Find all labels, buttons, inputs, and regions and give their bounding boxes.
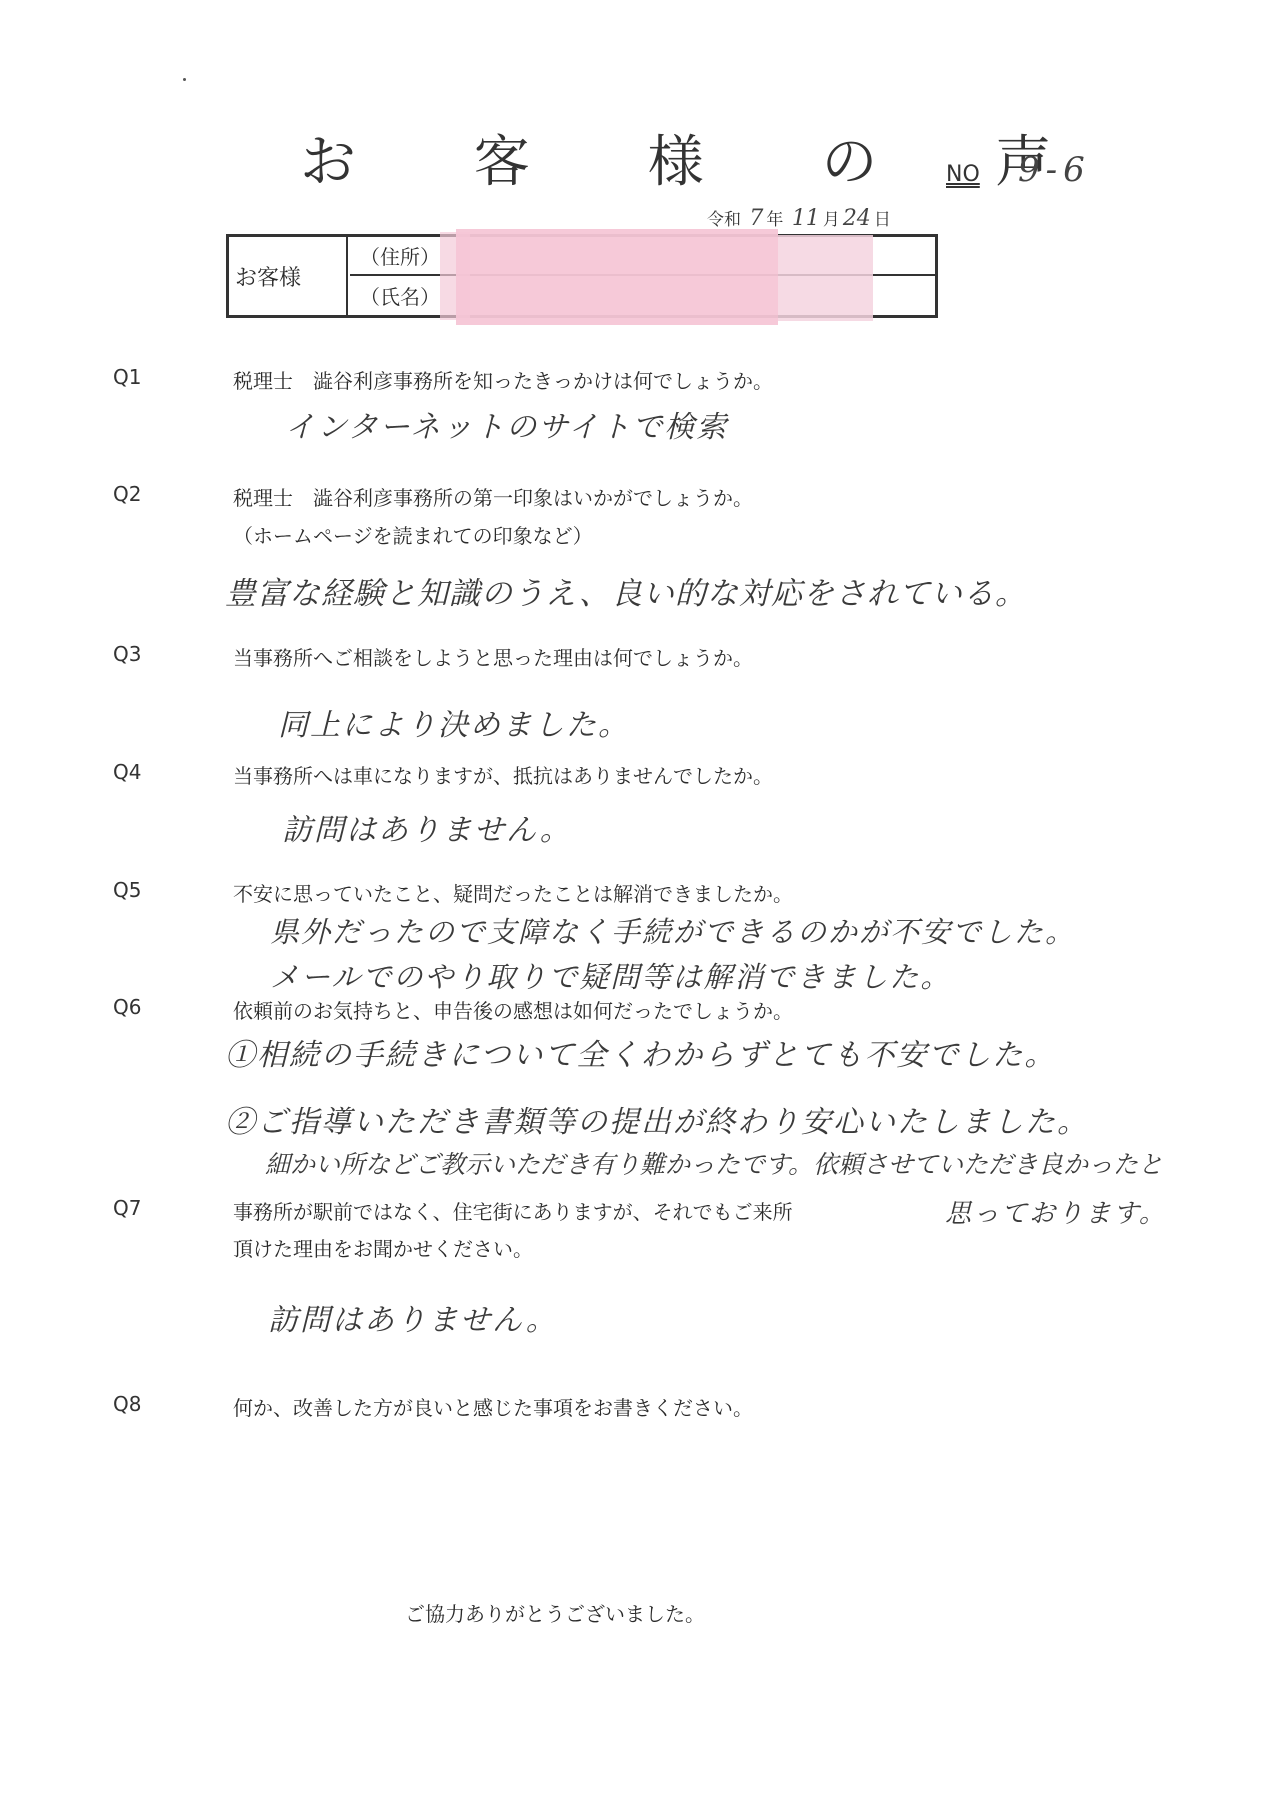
answer-text: メールでのやり取りで疑問等は解消できました。 bbox=[270, 955, 951, 996]
question-number: Q5 bbox=[113, 878, 141, 902]
answer-text: 同上により決めました。 bbox=[278, 700, 630, 744]
answer-text: 訪問はありません。 bbox=[268, 1295, 558, 1339]
question-number: Q7 bbox=[113, 1196, 141, 1220]
answer-text: 県外だったので支障なく手続ができるのかが不安でした。 bbox=[270, 910, 1076, 951]
thank-you-footer: ご協力ありがとうございました。 bbox=[405, 1598, 705, 1627]
question-number: Q8 bbox=[113, 1392, 141, 1416]
question-subtext: （ホームページを読まれての印象など） bbox=[233, 520, 593, 549]
answer-text: ①相続の手続きについて全くわからずとても不安でした。 bbox=[225, 1030, 1056, 1074]
redaction-sticker bbox=[778, 235, 873, 321]
redaction-sticker bbox=[456, 229, 778, 325]
answer-text: 思っております。 bbox=[945, 1193, 1167, 1230]
page-title: お 客 様 の 声 bbox=[300, 118, 1101, 198]
date-day: 24 bbox=[843, 206, 871, 231]
date-month-unit: 月 bbox=[823, 210, 840, 230]
question-number: Q1 bbox=[113, 365, 141, 389]
number-value: 9-6 bbox=[1018, 150, 1091, 190]
question-text: 不安に思っていたこと、疑問だったことは解消できましたか。 bbox=[233, 878, 793, 907]
customer-label: お客様 bbox=[229, 237, 348, 315]
date-day-unit: 日 bbox=[874, 210, 891, 230]
answer-text: 豊富な経験と知識のうえ、良い的な対応をされている。 bbox=[225, 568, 1027, 613]
number-label: NO bbox=[946, 162, 980, 187]
date-month: 11 bbox=[792, 206, 820, 231]
question-text: 事務所が駅前ではなく、住宅街にありますが、それでもご来所 bbox=[233, 1196, 793, 1225]
question-text: 依頼前のお気持ちと、申告後の感想は如何だったでしょうか。 bbox=[233, 995, 793, 1024]
date-line: 令和 7年 11月24日 bbox=[707, 205, 891, 231]
question-text: 税理士 澁谷利彦事務所を知ったきっかけは何でしょうか。 bbox=[233, 365, 773, 394]
question-text: 税理士 澁谷利彦事務所の第一印象はいかがでしょうか。 bbox=[233, 482, 753, 511]
question-text: 当事務所へは車になりますが、抵抗はありませんでしたか。 bbox=[233, 760, 773, 789]
answer-text: 細かい所などご教示いただき有り難かったです。依頼させていただき良かったと bbox=[265, 1145, 1163, 1181]
question-number: Q6 bbox=[113, 995, 141, 1019]
name-label: （氏名） bbox=[360, 281, 440, 310]
address-label: （住所） bbox=[360, 241, 440, 270]
question-number: Q4 bbox=[113, 760, 141, 784]
scan-speck bbox=[183, 78, 186, 81]
question-text: 当事務所へご相談をしようと思った理由は何でしょうか。 bbox=[233, 642, 753, 671]
question-text: 何か、改善した方が良いと感じた事項をお書きください。 bbox=[233, 1392, 753, 1421]
answer-text: インターネットのサイトで検索 bbox=[285, 402, 728, 446]
answer-text: ②ご指導いただき書類等の提出が終わり安心いたしました。 bbox=[225, 1097, 1089, 1141]
answer-text: 訪問はありません。 bbox=[282, 805, 572, 849]
date-year-unit: 年 bbox=[766, 210, 783, 230]
question-number: Q2 bbox=[113, 482, 141, 506]
date-year: 7 bbox=[749, 206, 763, 231]
question-subtext: 頂けた理由をお聞かせください。 bbox=[233, 1233, 533, 1262]
question-number: Q3 bbox=[113, 642, 141, 666]
date-era: 令和 bbox=[707, 210, 741, 230]
